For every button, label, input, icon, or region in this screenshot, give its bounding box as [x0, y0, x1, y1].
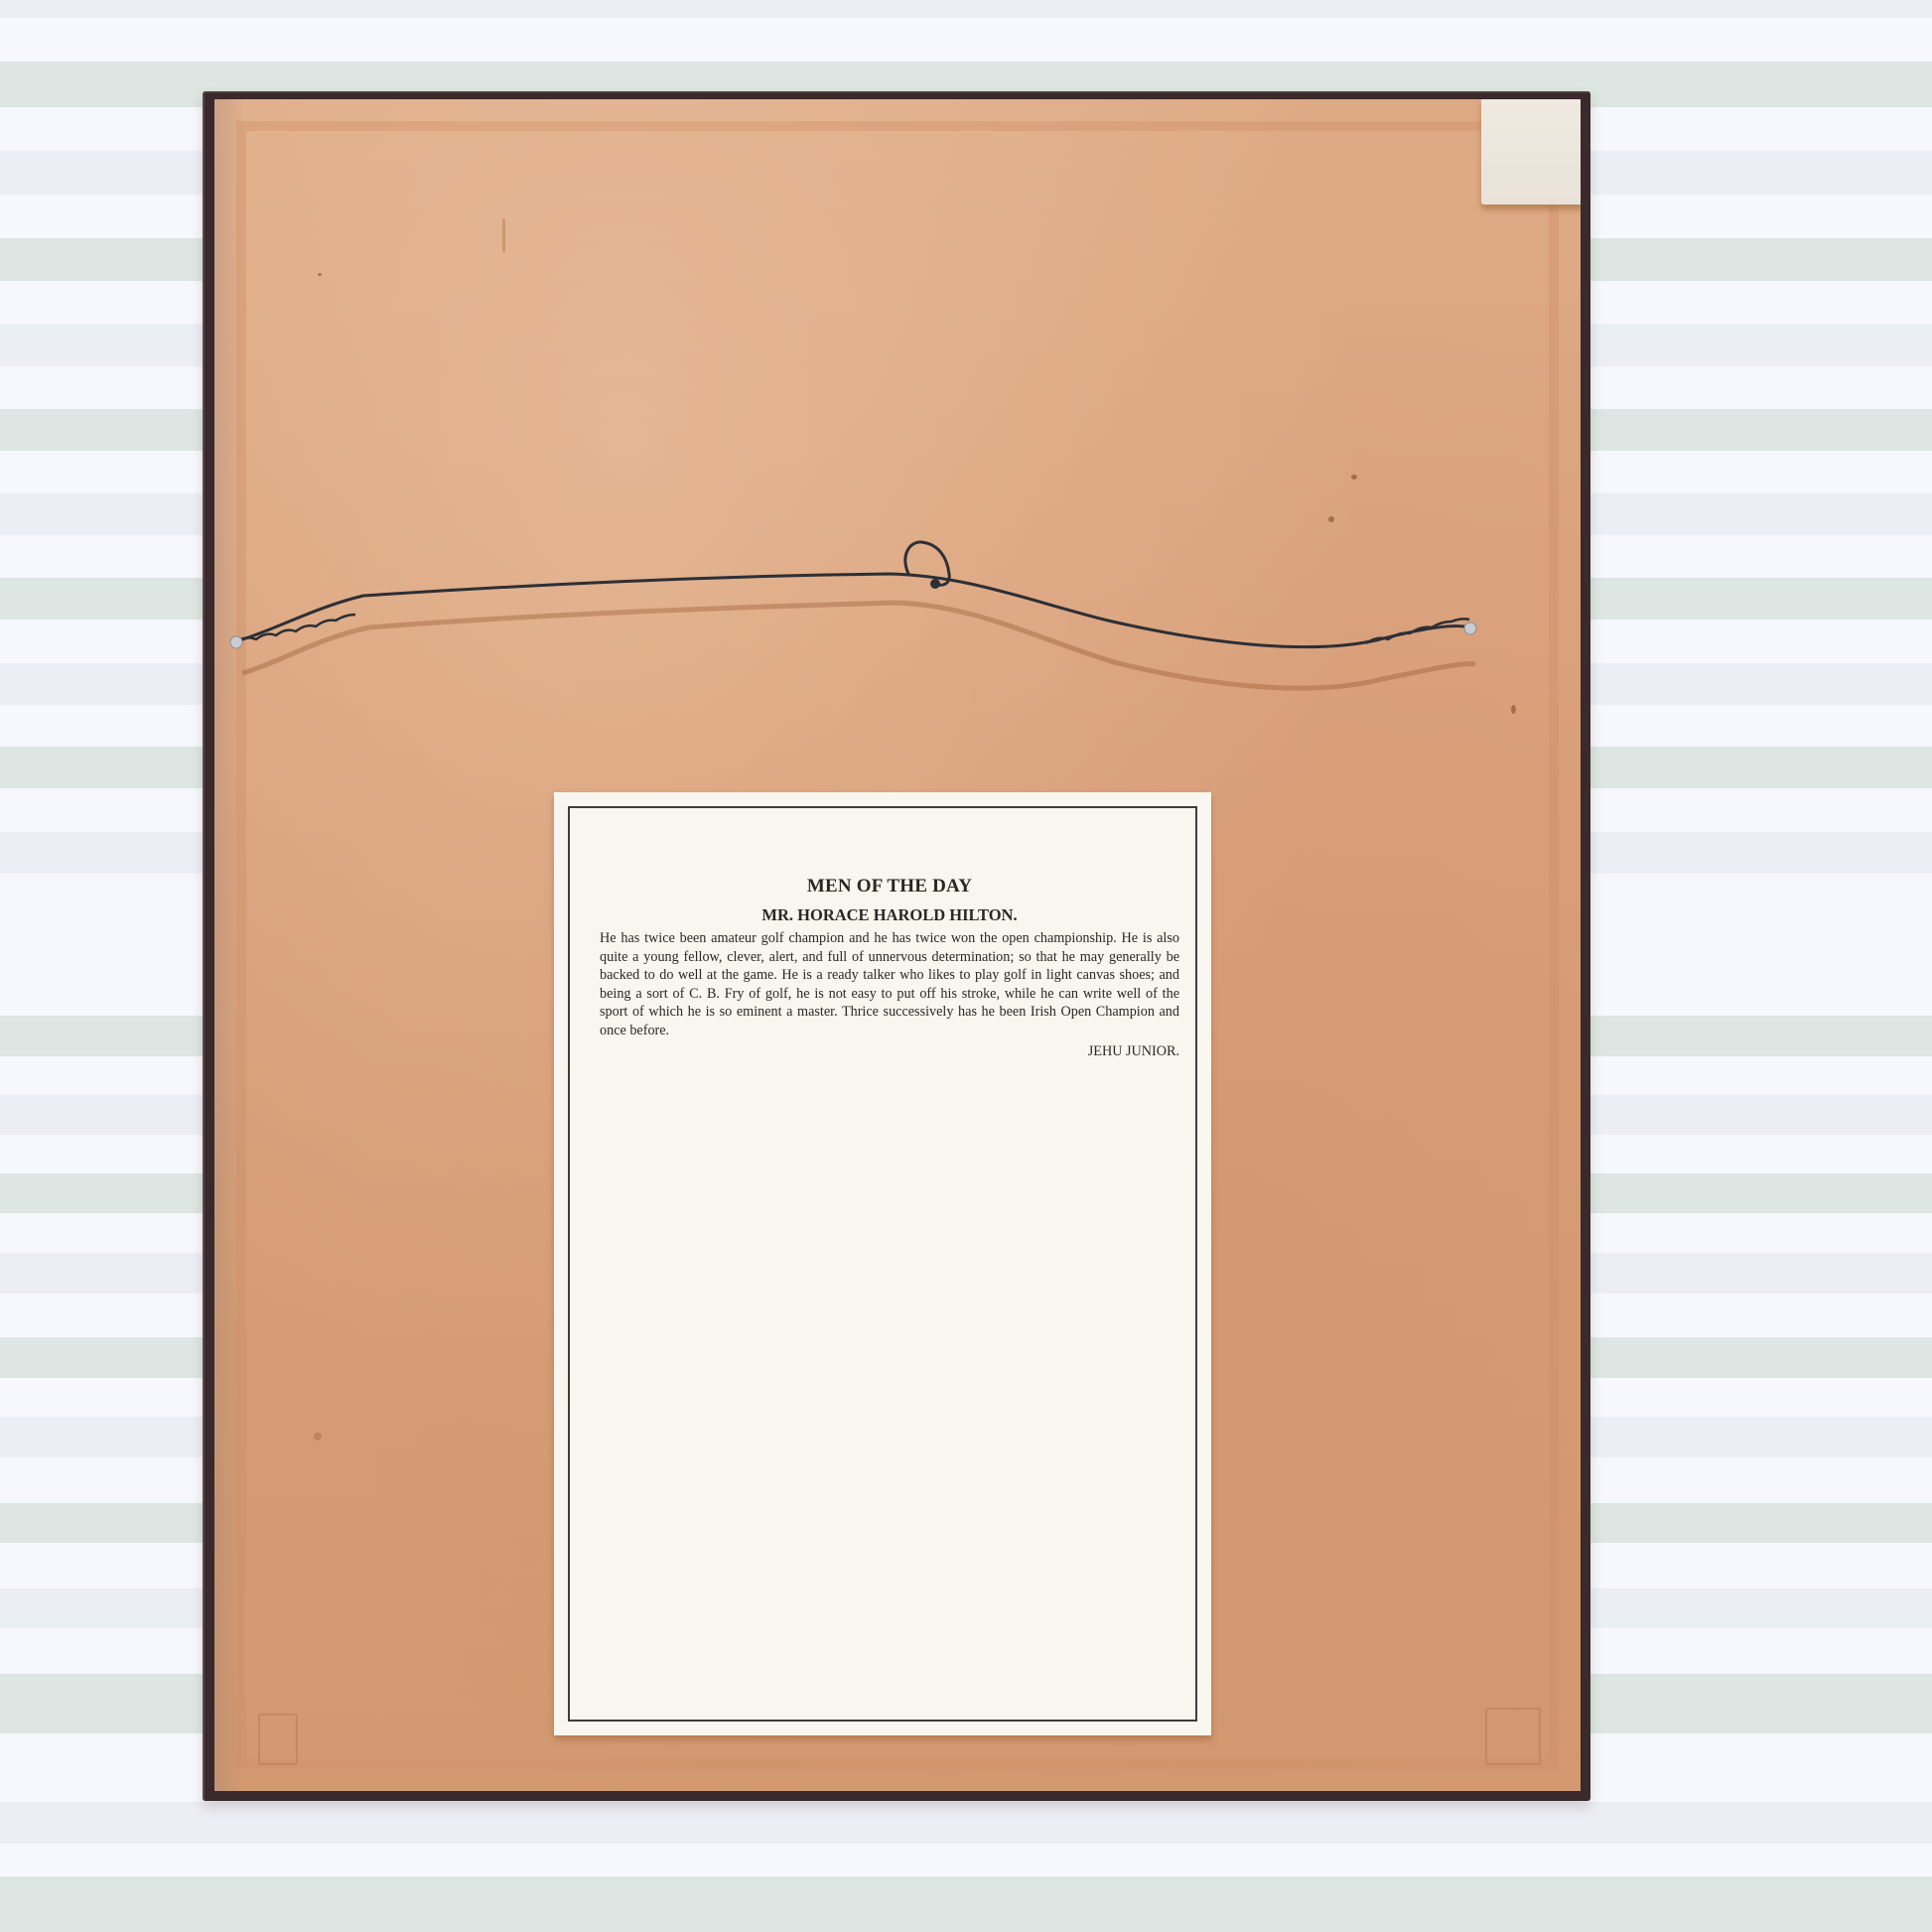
picture-frame-back: MEN OF THE DAY MR. HORACE HAROLD HILTON.…	[203, 91, 1590, 1801]
print-info-label: MEN OF THE DAY MR. HORACE HAROLD HILTON.…	[554, 792, 1211, 1735]
kraft-paper-backing: MEN OF THE DAY MR. HORACE HAROLD HILTON.…	[214, 99, 1581, 1791]
label-signature: JEHU JUNIOR.	[600, 1043, 1179, 1060]
label-subtitle: MR. HORACE HAROLD HILTON.	[600, 905, 1179, 925]
backdrop-stripe	[0, 0, 1932, 18]
label-content: MEN OF THE DAY MR. HORACE HAROLD HILTON.…	[600, 876, 1179, 1060]
backdrop-stripe	[0, 1802, 1932, 1844]
backdrop-stripe	[0, 1876, 1932, 1932]
label-title: MEN OF THE DAY	[600, 876, 1179, 897]
label-body-text: He has twice been amateur golf champion …	[600, 929, 1179, 1039]
